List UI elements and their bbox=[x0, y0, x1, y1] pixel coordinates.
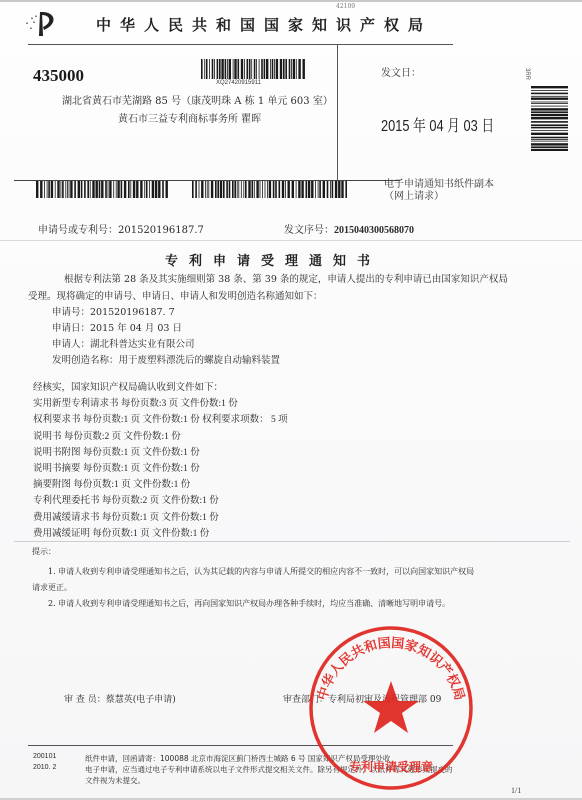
sequence-number: 发文序号：2015040300568070 bbox=[284, 221, 414, 236]
tip-2: 2. 申请人收到专利申请受理通知书之后，再向国家知识产权局办理各种手续时，均应当… bbox=[48, 598, 450, 609]
application-field: 申请人：湖北科普达实业有限公司 bbox=[52, 337, 280, 353]
application-fields: 申请号：201520196187. 7申请日：2015 年 04 月 03 日申… bbox=[52, 305, 280, 369]
received-document-row: 实用新型专利请求书 每份页数:3 页 文件份数:1 份 bbox=[33, 396, 288, 412]
barcode-divider bbox=[14, 180, 400, 181]
page-number: 1/1 bbox=[511, 786, 521, 795]
page-top-edge bbox=[0, 0, 582, 2]
received-document-row: 摘要附图 每份页数:1 页 文件份数:1 份 bbox=[33, 477, 288, 493]
application-number-label: 申请号或专利号： bbox=[38, 225, 118, 236]
header-divider bbox=[28, 44, 453, 45]
reviewer: 审 查 员：蔡慧英(电子申请) bbox=[64, 692, 176, 705]
received-document-row: 说明书摘要 每份页数:1 页 文件份数:1 份 bbox=[33, 461, 288, 477]
tip-1: 1. 申请人收到专利申请受理通知书之后，认为其记载的内容与申请人所提交的相应内容… bbox=[48, 566, 474, 577]
received-document-row: 权利要求书 每份页数:1 页 文件份数:1 份 权利要求项数： 5 项 bbox=[33, 412, 288, 428]
postcode: 435000 bbox=[33, 66, 84, 86]
reference-divider bbox=[0, 240, 582, 241]
serial-number: 42109 bbox=[336, 3, 355, 10]
application-number: 申请号或专利号：201520196187.7 bbox=[38, 221, 204, 236]
received-document-row: 费用减缓证明 每份页数:1 页 文件份数:1 份 bbox=[33, 526, 288, 542]
received-document-row: 专利代理委托书 每份页数:2 页 文件份数:1 份 bbox=[33, 493, 288, 509]
recipient-barcode bbox=[201, 59, 305, 79]
svg-text:专利申请受理章: 专利申请受理章 bbox=[349, 759, 433, 774]
sequence-number-label: 发文序号： bbox=[284, 225, 334, 236]
barcode-right bbox=[192, 180, 347, 198]
barcode-label: XQ27420915911 bbox=[216, 80, 261, 86]
received-document-row: 费用减缓请求书 每份页数:1 页 文件份数:1 份 bbox=[33, 510, 288, 526]
tip-1-continued: 请求更正。 bbox=[32, 582, 72, 593]
recipient-agency: 黄石市三益专利商标事务所 瞿晖 bbox=[118, 110, 261, 125]
issue-date-label: 发文日： bbox=[381, 64, 421, 79]
agency-name: 中华人民共和国国家知识产权局 bbox=[96, 14, 432, 35]
tips-label: 提示： bbox=[32, 546, 56, 557]
received-document-row: 说明书 每份页数:2 页 文件份数:1 份 bbox=[33, 429, 288, 445]
received-intro: 经核实，国家知识产权局确认收到文件如下： bbox=[33, 380, 288, 396]
application-field: 发明创造名称：用于废塑料漂洗后的螺旋自动输料装置 bbox=[52, 353, 280, 369]
notice-document: 42109 中华人民共和国国家知识产权局 435000 XQ2742091591… bbox=[0, 0, 582, 800]
notice-title: 专利申请受理通知书 bbox=[165, 250, 381, 269]
notice-paragraph-2: 受理。现将确定的申请号、申请日、申请人和发明创造名称通知如下： bbox=[28, 288, 323, 302]
column-divider bbox=[337, 45, 338, 180]
barcode-left bbox=[36, 180, 168, 198]
sequence-number-value: 2015040300568070 bbox=[334, 225, 414, 236]
form-version: 2010. 2 bbox=[33, 764, 56, 771]
vertical-code: 3RR bbox=[524, 68, 530, 80]
footer-line-3: 文件视为未提交。 bbox=[85, 775, 145, 786]
cnipa-logo-icon bbox=[22, 8, 62, 38]
form-code: 200101 bbox=[33, 753, 56, 760]
official-seal: 中华人民共和国国家知识产权局 专利申请受理章 bbox=[306, 623, 476, 793]
issue-date: 2015 年 04 月 03 日 bbox=[381, 113, 494, 136]
received-document-row: 说明书附图 每份页数:1 页 文件份数:1 份 bbox=[33, 445, 288, 461]
recipient-address: 湖北省黄石市芜湖路 85 号（康茂明珠 A 栋 1 单元 603 室） bbox=[62, 92, 333, 107]
vertical-barcode bbox=[531, 86, 568, 151]
notice-paragraph-1: 根据专利法第 28 条及其实施细则第 38 条、第 39 条的规定，申请人提出的… bbox=[64, 271, 508, 285]
copy-note: 电子申请通知书纸件副本（网上请求） bbox=[384, 179, 504, 203]
application-number-value: 201520196187.7 bbox=[118, 225, 204, 236]
received-documents: 经核实，国家知识产权局确认收到文件如下： 实用新型专利请求书 每份页数:3 页 … bbox=[33, 380, 288, 542]
tips-divider bbox=[14, 541, 570, 542]
application-field: 申请号：201520196187. 7 bbox=[52, 305, 280, 321]
application-field: 申请日：2015 年 04 月 03 日 bbox=[52, 321, 280, 337]
